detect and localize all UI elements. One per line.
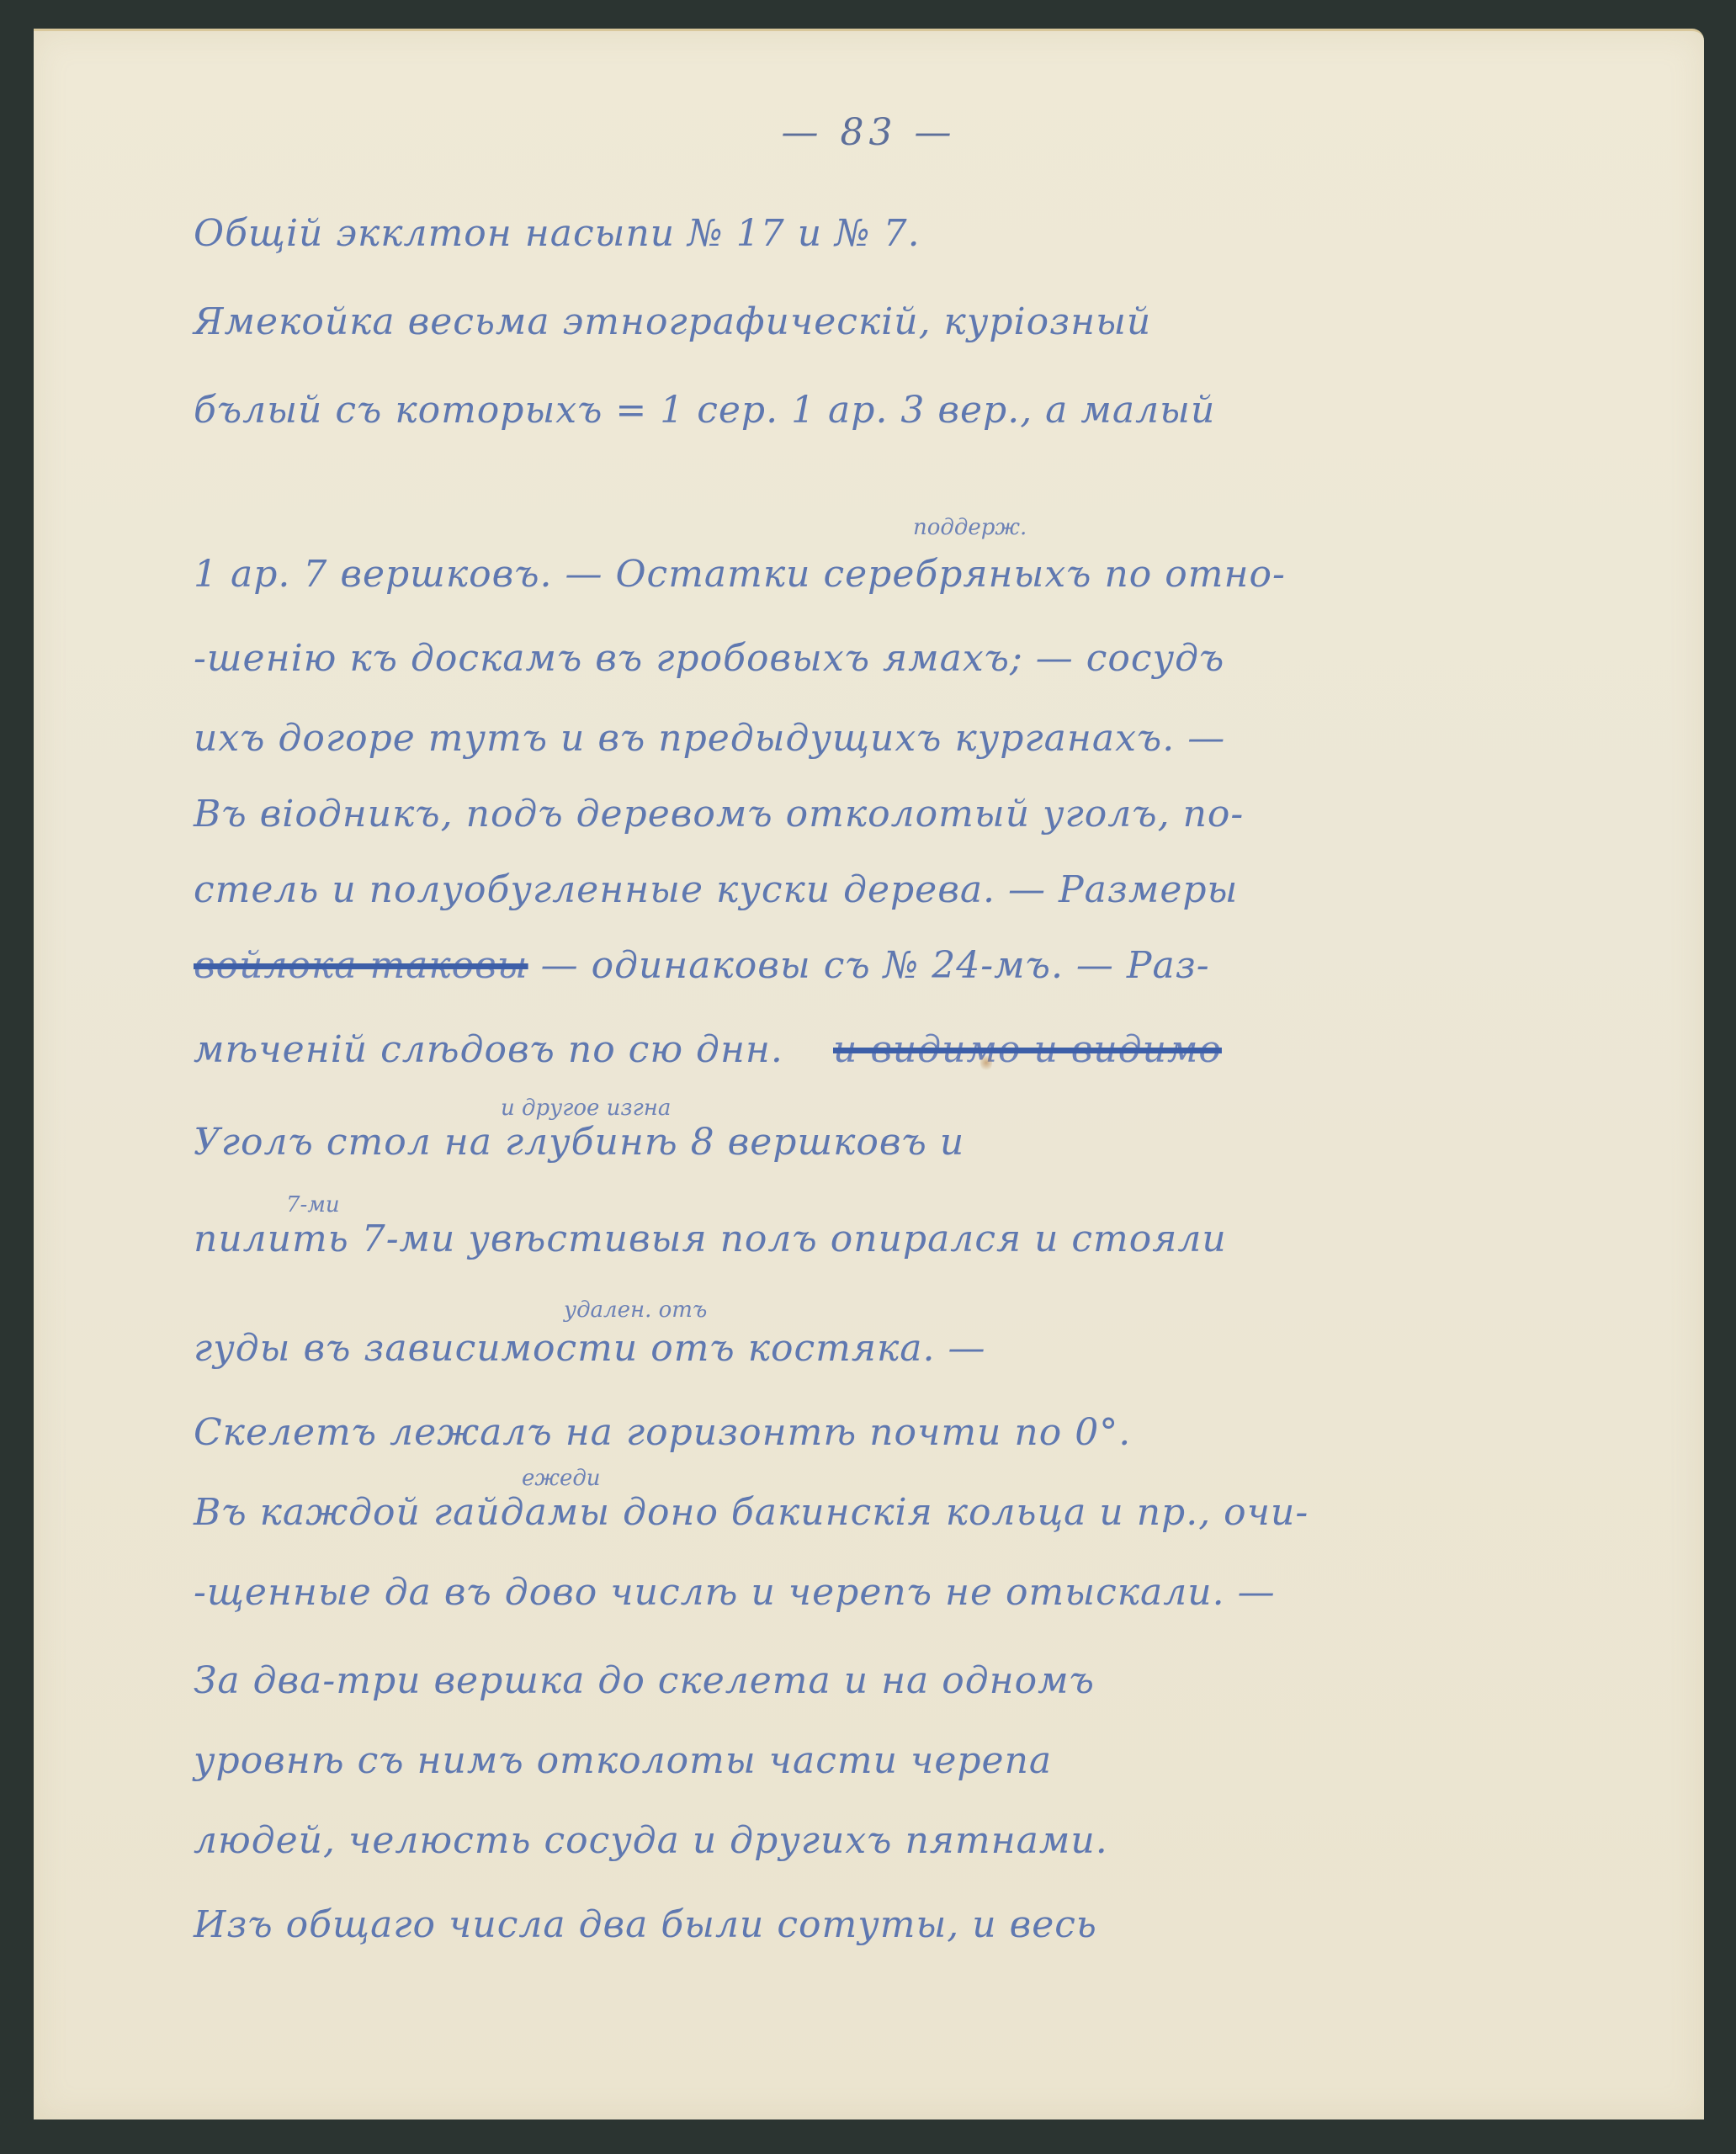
manuscript-line: гуды въ зависимости отъ костяка. — xyxy=(194,1327,1691,1370)
interlinear-insertion: удален. отъ xyxy=(564,1297,707,1323)
manuscript-line: Общій экклтон насыпи № 17 и № 7. xyxy=(194,212,1691,255)
struck-text: войлока таковы xyxy=(194,944,528,987)
manuscript-line-with-strikethrough: мѣченій слѣдовъ по сю днн. и видимо и ви… xyxy=(194,1028,1691,1071)
interlinear-insertion: ежеди xyxy=(522,1466,601,1491)
manuscript-line: Скелетъ лежалъ на горизонтѣ почти по 0°. xyxy=(194,1411,1691,1454)
manuscript-line: уровнѣ съ нимъ отколоты части черепа xyxy=(194,1739,1691,1782)
ink-stain xyxy=(980,1053,992,1072)
manuscript-line: стель и полуобугленные куски дерева. — Р… xyxy=(194,868,1691,911)
page-number: — 83 — xyxy=(34,111,1704,154)
manuscript-line: Изъ общаго числа два были сотуты, и весь xyxy=(194,1903,1691,1946)
manuscript-line: Ямекойка весьма этнографическій, куріозн… xyxy=(194,300,1691,343)
manuscript-line-with-strikethrough: войлока таковы — одинаковы съ № 24-мъ. —… xyxy=(194,944,1691,987)
manuscript-line: -шенію къ доскамъ въ гробовыхъ ямахъ; — … xyxy=(194,637,1691,680)
struck-text: и видимо и видимо xyxy=(833,1028,1222,1071)
manuscript-line: людей, челюсть сосуда и другихъ пятнами. xyxy=(194,1819,1691,1862)
manuscript-page: — 83 — Общій экклтон насыпи № 17 и № 7. … xyxy=(34,29,1704,2120)
manuscript-line: Въ каждой гайдамы доно бакинскія кольца … xyxy=(194,1491,1691,1534)
manuscript-line: ихъ догоре тутъ и въ предыдущихъ кургана… xyxy=(194,717,1691,760)
interlinear-insertion: поддерж. xyxy=(913,515,1027,540)
manuscript-line: пилить 7-ми увѣстивыя полъ опирался и ст… xyxy=(194,1218,1691,1260)
interlinear-insertion: 7-ми xyxy=(286,1192,340,1218)
interlinear-insertion: и другое изгна xyxy=(501,1096,671,1121)
manuscript-line: За два-три вершка до скелета и на одномъ xyxy=(194,1659,1691,1702)
manuscript-line: 1 ар. 7 вершковъ. — Остатки серебряныхъ … xyxy=(194,553,1691,596)
manuscript-line: -щенные да въ дово числѣ и черепъ не оты… xyxy=(194,1571,1691,1614)
manuscript-line: бълый съ которыхъ = 1 сер. 1 ар. 3 вер.,… xyxy=(194,389,1691,432)
manuscript-line: Уголъ стол на глубинѣ 8 вершковъ и xyxy=(194,1121,1691,1164)
manuscript-line: Въ віодникъ, подъ деревомъ отколотый уго… xyxy=(194,793,1691,836)
